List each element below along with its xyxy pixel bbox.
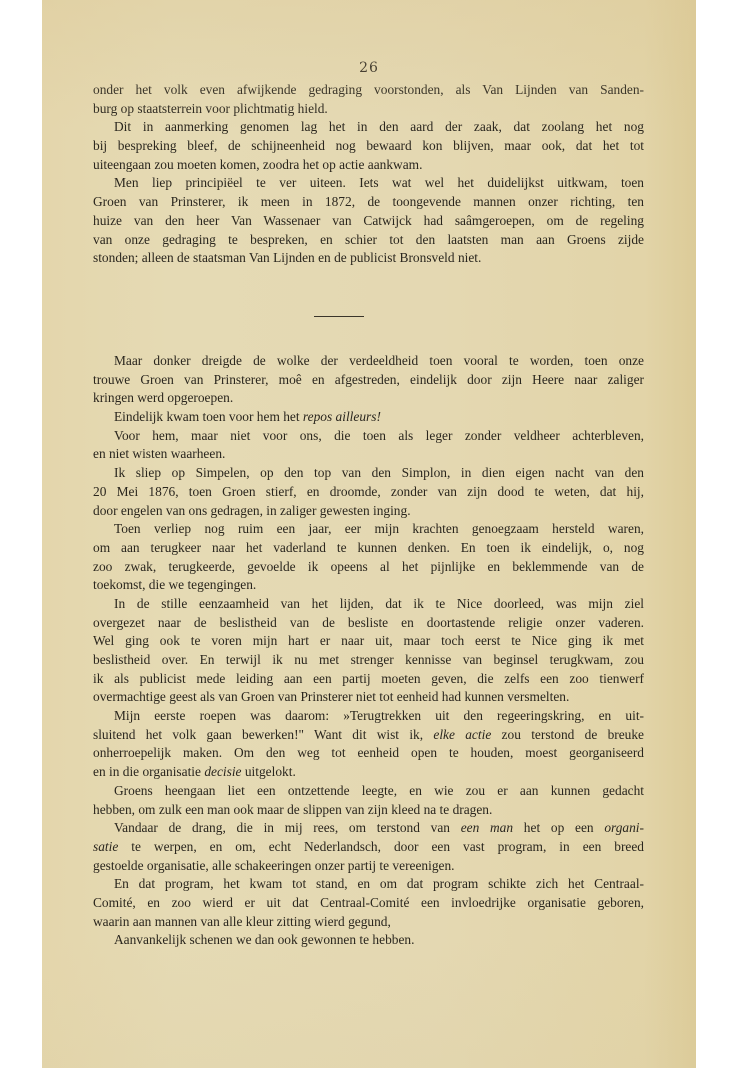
text-line: Men liep principiëel te ver uiteen. Iets…: [93, 174, 644, 193]
text-line: uiteengaan zou moeten komen, zoodra het …: [93, 156, 644, 175]
text-line: Maar donker dreigde de wolke der verdeel…: [93, 352, 644, 371]
text-line: waarin aan mannen van alle kleur zitting…: [93, 913, 644, 932]
text-line: overgezet naar de beslistheid van de bes…: [93, 614, 644, 633]
text-run: zoo zwak, terugkeerde, gevoelde ik opeen…: [93, 559, 644, 574]
text-line: sluitend het volk gaan bewerken!" Want d…: [93, 726, 644, 745]
italic-text: een man: [461, 820, 513, 835]
text-line: Groens heengaan liet een ontzettende lee…: [93, 782, 644, 801]
text-run: hebben, om zulk een man ook maar de slip…: [93, 802, 492, 817]
text-run: Wel ging ook te voren mijn hart er naar …: [93, 633, 644, 648]
text-run: Voor hem, maar niet voor ons, die toen a…: [114, 428, 644, 443]
text-line: Mijn eerste roepen was daarom: »Terugtre…: [93, 707, 644, 726]
text-run: Mijn eerste roepen was daarom: »Terugtre…: [114, 708, 644, 723]
text-run: waarin aan mannen van alle kleur zitting…: [93, 914, 391, 929]
text-run: Vandaar de drang, die in mij rees, om te…: [114, 820, 461, 835]
text-run: het op een: [513, 820, 604, 835]
text-line: hebben, om zulk een man ook maar de slip…: [93, 801, 644, 820]
text-run: beslistheid over. En terwijl ik nu met s…: [93, 652, 644, 667]
italic-text: decisie: [204, 764, 241, 779]
text-run: 20 Mei 1876, toen Groen stierf, en droom…: [93, 484, 644, 499]
italic-text: satie: [93, 839, 118, 854]
text-run: overmachtige geest als van Groen van Pri…: [93, 689, 569, 704]
italic-text: organi-: [604, 820, 644, 835]
text-line: om aan terugkeer naar het vaderland te k…: [93, 539, 644, 558]
text-run: ik als publicist mede leiding aan een pa…: [93, 671, 644, 686]
italic-text: elke actie: [433, 727, 491, 742]
text-line: onherroepelijk maken. Om den weg tot een…: [93, 744, 644, 763]
text-run: En dat program, het kwam tot stand, en o…: [114, 876, 644, 891]
text-line: satie te werpen, en om, echt Nederlandsc…: [93, 838, 644, 857]
text-run: Eindelijk kwam toen voor hem het: [114, 409, 303, 424]
text-run: Aanvankelijk schenen we dan ook gewonnen…: [114, 932, 414, 947]
text-line: en in die organisatie decisie uitgelokt.: [93, 763, 644, 782]
text-line: van onze gedraging te bespreken, en schi…: [93, 231, 644, 250]
text-line: In de stille eenzaamheid van het lijden,…: [93, 595, 644, 614]
text-run: door engelen van ons gedragen, in zalige…: [93, 503, 411, 518]
text-line: bij bespreking bleef, de schijneenheid n…: [93, 137, 644, 156]
page-number: 26: [42, 60, 696, 76]
text-run: om aan terugkeer naar het vaderland te k…: [93, 540, 644, 555]
text-run: gestoelde organisatie, alle schakeeringe…: [93, 858, 455, 873]
text-run: toekomst, die we tegengingen.: [93, 577, 256, 592]
text-section-1: onder het volk even afwijkende gedraging…: [93, 81, 644, 268]
text-line: gestoelde organisatie, alle schakeeringe…: [93, 857, 644, 876]
text-line: door engelen van ons gedragen, in zalige…: [93, 502, 644, 521]
text-line: en niet wisten waarheen.: [93, 445, 644, 464]
text-run: trouwe Groen van Prinsterer, moê en afge…: [93, 372, 644, 387]
text-line: Vandaar de drang, die in mij rees, om te…: [93, 819, 644, 838]
text-section-2: Maar donker dreigde de wolke der verdeel…: [93, 352, 644, 950]
text-run: Comité, en zoo wierd er uit dat Centraal…: [93, 895, 644, 910]
text-line: ik als publicist mede leiding aan een pa…: [93, 670, 644, 689]
text-line: Groen van Prinsterer, ik meen in 1872, d…: [93, 193, 644, 212]
text-line: 20 Mei 1876, toen Groen stierf, en droom…: [93, 483, 644, 502]
text-run: Toen verliep nog ruim een jaar, eer mijn…: [114, 521, 644, 536]
text-run: In de stille eenzaamheid van het lijden,…: [114, 596, 644, 611]
text-run: overgezet naar de beslistheid van de bes…: [93, 615, 644, 630]
italic-text: repos ailleurs!: [303, 409, 381, 424]
text-run: Groens heengaan liet een ontzettende lee…: [114, 783, 644, 798]
text-run: Maar donker dreigde de wolke der verdeel…: [114, 353, 644, 368]
text-line: trouwe Groen van Prinsterer, moê en afge…: [93, 371, 644, 390]
text-line: beslistheid over. En terwijl ik nu met s…: [93, 651, 644, 670]
text-run: zou terstond de breuke: [491, 727, 644, 742]
text-line: Wel ging ook te voren mijn hart er naar …: [93, 632, 644, 651]
text-line: zoo zwak, terugkeerde, gevoelde ik opeen…: [93, 558, 644, 577]
scanned-book-page: 26 onder het volk even afwijkende gedrag…: [42, 0, 696, 1068]
text-run: en niet wisten waarheen.: [93, 446, 225, 461]
text-line: Comité, en zoo wierd er uit dat Centraal…: [93, 894, 644, 913]
text-line: stonden; alleen de staatsman Van Lijnden…: [93, 249, 644, 268]
text-line: Ik sliep op Simpelen, op den top van den…: [93, 464, 644, 483]
text-line: Aanvankelijk schenen we dan ook gewonnen…: [93, 931, 644, 950]
text-run: sluitend het volk gaan bewerken!" Want d…: [93, 727, 433, 742]
text-line: Eindelijk kwam toen voor hem het repos a…: [93, 408, 644, 427]
text-line: overmachtige geest als van Groen van Pri…: [93, 688, 644, 707]
text-line: burg op staatsterrein voor plichtmatig h…: [93, 100, 644, 119]
text-line: En dat program, het kwam tot stand, en o…: [93, 875, 644, 894]
text-run: en in die organisatie: [93, 764, 204, 779]
text-run: uitgelokt.: [242, 764, 296, 779]
text-run: kringen werd opgeroepen.: [93, 390, 233, 405]
text-line: Voor hem, maar niet voor ons, die toen a…: [93, 427, 644, 446]
text-line: onder het volk even afwijkende gedraging…: [93, 81, 644, 100]
text-line: kringen werd opgeroepen.: [93, 389, 644, 408]
text-run: te werpen, en om, echt Nederlandsch, doo…: [118, 839, 644, 854]
text-line: Toen verliep nog ruim een jaar, eer mijn…: [93, 520, 644, 539]
section-divider: [314, 316, 364, 317]
text-line: huize van den heer Van Wassenaer van Cat…: [93, 212, 644, 231]
text-run: Ik sliep op Simpelen, op den top van den…: [114, 465, 644, 480]
text-line: Dit in aanmerking genomen lag het in den…: [93, 118, 644, 137]
text-line: toekomst, die we tegengingen.: [93, 576, 644, 595]
text-run: onherroepelijk maken. Om den weg tot een…: [93, 745, 644, 760]
